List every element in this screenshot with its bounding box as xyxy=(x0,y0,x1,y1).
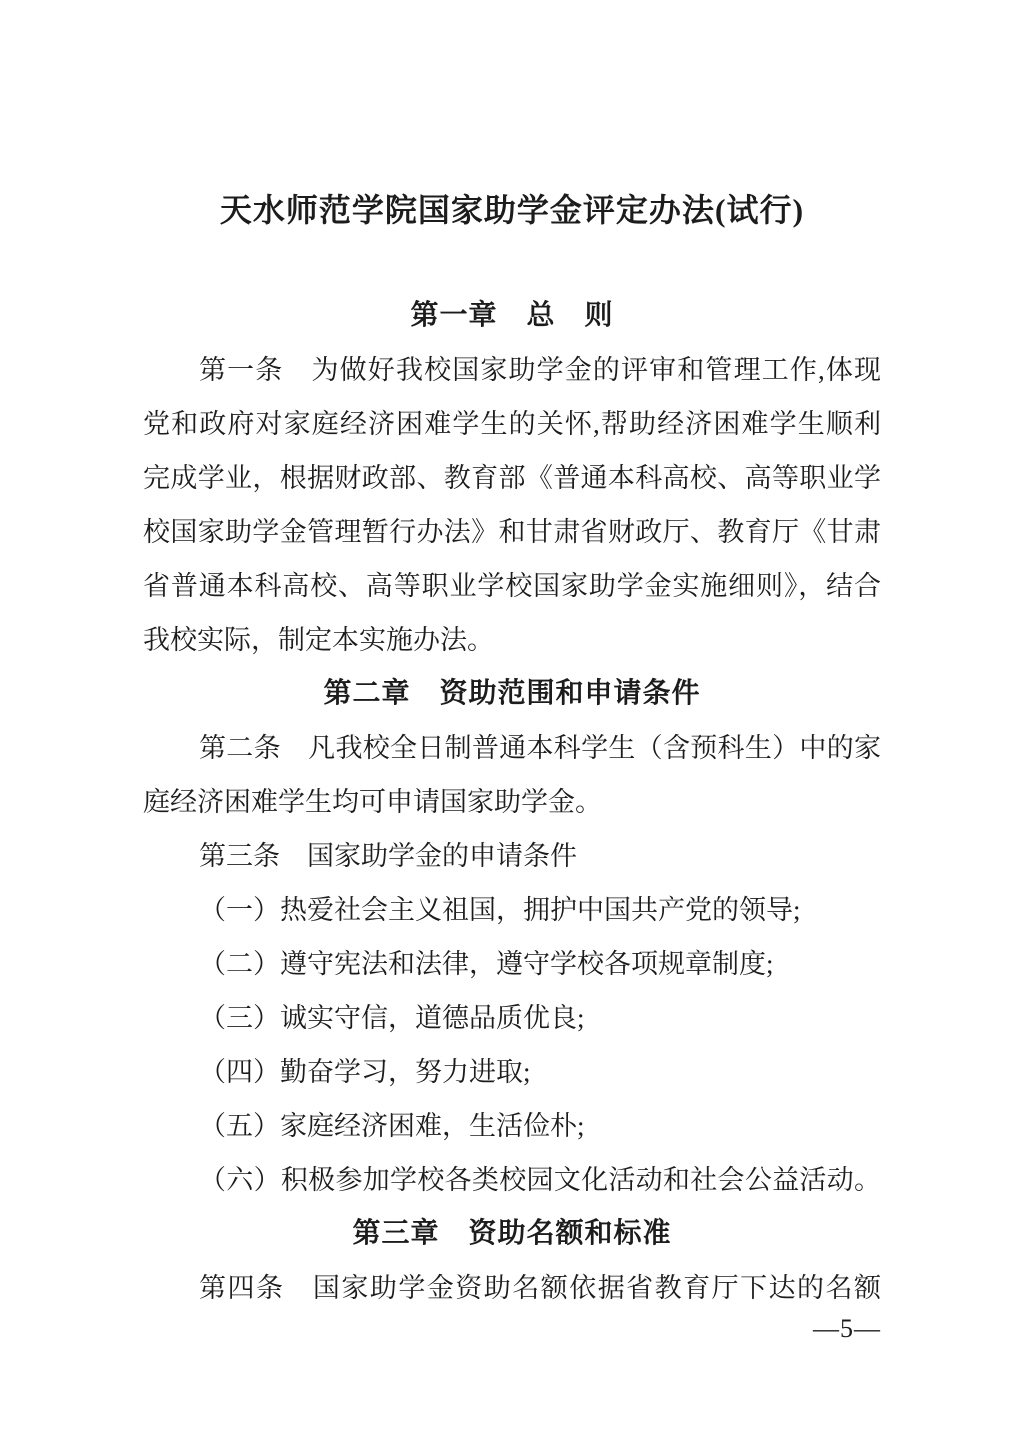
body-line: 第一条 为做好我校国家助学金的评审和管理工作,体现 xyxy=(143,343,881,397)
body-line: 庭经济困难学生均可申请国家助学金。 xyxy=(143,775,881,829)
list-item-4: （四）勤奋学习，努力进取; xyxy=(143,1045,881,1099)
body-line: 省普通本科高校、高等职业学校国家助学金实施细则》，结合 xyxy=(143,559,881,613)
body-line: 第四条 国家助学金资助名额依据省教育厅下达的名额 xyxy=(143,1261,881,1315)
body-line: 党和政府对家庭经济困难学生的关怀,帮助经济困难学生顺利 xyxy=(143,397,881,451)
document-page: 天水师范学院国家助学金评定办法(试行) 第一章 总 则 第一条 为做好我校国家助… xyxy=(0,0,1024,1448)
chapter-heading-3: 第三章 资助名额和标准 xyxy=(143,1207,881,1261)
list-item-6: （六）积极参加学校各类校园文化活动和社会公益活动。 xyxy=(143,1153,881,1207)
body-line: 第二条 凡我校全日制普通本科学生（含预科生）中的家 xyxy=(143,721,881,775)
body-line: 校国家助学金管理暂行办法》和甘肃省财政厅、教育厅《甘肃 xyxy=(143,505,881,559)
document-title: 天水师范学院国家助学金评定办法(试行) xyxy=(143,186,881,234)
body-line: 完成学业，根据财政部、教育部《普通本科高校、高等职业学 xyxy=(143,451,881,505)
body-line: 第三条 国家助学金的申请条件 xyxy=(143,829,881,883)
list-item-2: （二）遵守宪法和法律，遵守学校各项规章制度; xyxy=(143,937,881,991)
document-content: 天水师范学院国家助学金评定办法(试行) 第一章 总 则 第一条 为做好我校国家助… xyxy=(143,0,881,1315)
page-number: —5— xyxy=(813,1314,881,1344)
list-item-5: （五）家庭经济困难，生活俭朴; xyxy=(143,1099,881,1153)
chapter-heading-2: 第二章 资助范围和申请条件 xyxy=(143,667,881,721)
body-line: 我校实际，制定本实施办法。 xyxy=(143,613,881,667)
chapter-heading-1: 第一章 总 则 xyxy=(143,289,881,343)
list-item-1: （一）热爱社会主义祖国，拥护中国共产党的领导; xyxy=(143,883,881,937)
list-item-3: （三）诚实守信，道德品质优良; xyxy=(143,991,881,1045)
